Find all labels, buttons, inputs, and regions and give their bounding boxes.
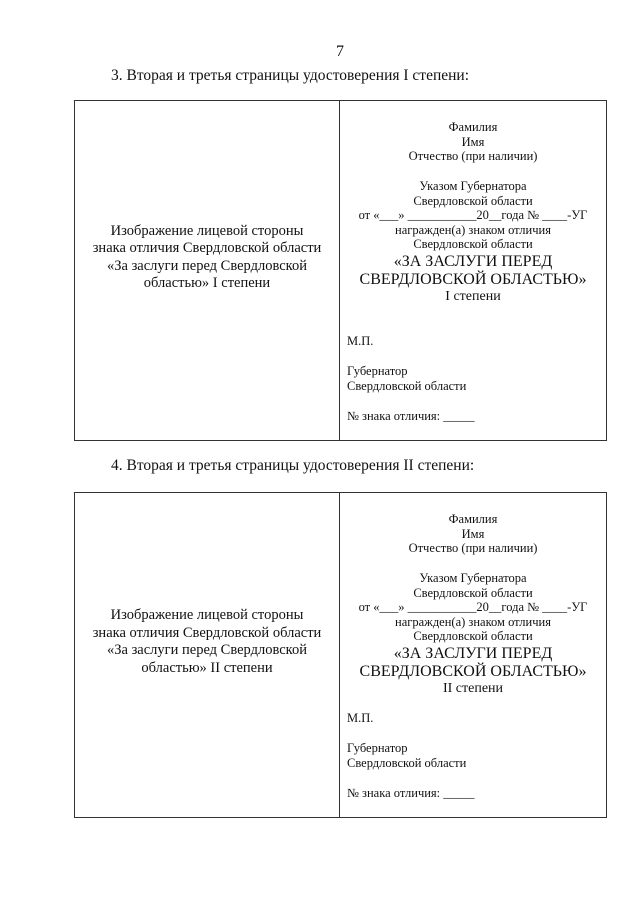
award-title-line: СВЕРДЛОВСКОЙ ОБЛАСТЬЮ» <box>340 663 606 681</box>
decree-line: Указом Губернатора <box>340 571 606 586</box>
caption-line: «За заслуги перед Свердловской <box>87 642 327 660</box>
section-heading-degree-2: 4. Вторая и третья страницы удостоверени… <box>111 457 474 475</box>
decree-line: Свердловской области <box>340 629 606 644</box>
decree-block: Указом Губернатора Свердловской области … <box>340 179 606 305</box>
caption-line: знака отличия Свердловской области <box>87 625 327 643</box>
badge-front-caption: Изображение лицевой стороны знака отличи… <box>87 223 327 293</box>
badge-front-image-placeholder: Изображение лицевой стороны знака отличи… <box>75 493 340 817</box>
award-title: «ЗА ЗАСЛУГИ ПЕРЕД СВЕРДЛОВСКОЙ ОБЛАСТЬЮ» <box>340 253 606 289</box>
certificate-pages-degree-1: Изображение лицевой стороны знака отличи… <box>74 100 607 441</box>
badge-number-field: № знака отличия: _____ <box>347 786 475 801</box>
decree-line: Свердловской области <box>340 194 606 209</box>
badge-number-field: № знака отличия: _____ <box>347 409 475 424</box>
caption-line: знака отличия Свердловской области <box>87 240 327 258</box>
decree-line: награжден(а) знаком отличия <box>340 223 606 238</box>
caption-line: областью» I степени <box>87 275 327 293</box>
seal-placeholder: М.П. <box>347 711 373 726</box>
governor-title: Губернатор <box>347 741 466 756</box>
governor-title: Губернатор <box>347 364 466 379</box>
award-title: «ЗА ЗАСЛУГИ ПЕРЕД СВЕРДЛОВСКОЙ ОБЛАСТЬЮ» <box>340 645 606 681</box>
surname-label: Фамилия <box>340 120 606 135</box>
decree-line: Свердловской области <box>340 237 606 252</box>
governor-region: Свердловской области <box>347 756 466 771</box>
governor-region: Свердловской области <box>347 379 466 394</box>
patronymic-label: Отчество (при наличии) <box>340 541 606 556</box>
award-degree: II степени <box>340 681 606 697</box>
award-title-line: «ЗА ЗАСЛУГИ ПЕРЕД <box>340 645 606 663</box>
decree-line: Указом Губернатора <box>340 179 606 194</box>
patronymic-label: Отчество (при наличии) <box>340 149 606 164</box>
first-name-label: Имя <box>340 135 606 150</box>
seal-placeholder: М.П. <box>347 334 373 349</box>
award-title-line: СВЕРДЛОВСКОЙ ОБЛАСТЬЮ» <box>340 271 606 289</box>
recipient-name-block: Фамилия Имя Отчество (при наличии) <box>340 120 606 164</box>
award-title-line: «ЗА ЗАСЛУГИ ПЕРЕД <box>340 253 606 271</box>
badge-front-image-placeholder: Изображение лицевой стороны знака отличи… <box>75 101 340 440</box>
certificate-text-page: Фамилия Имя Отчество (при наличии) Указо… <box>340 101 606 440</box>
recipient-name-block: Фамилия Имя Отчество (при наличии) <box>340 512 606 556</box>
decree-line: награжден(а) знаком отличия <box>340 615 606 630</box>
caption-line: областью» II степени <box>87 660 327 678</box>
decree-block: Указом Губернатора Свердловской области … <box>340 571 606 697</box>
caption-line: Изображение лицевой стороны <box>87 223 327 241</box>
governor-signature-block: Губернатор Свердловской области <box>347 741 466 771</box>
decree-line: Свердловской области <box>340 586 606 601</box>
caption-line: Изображение лицевой стороны <box>87 607 327 625</box>
governor-signature-block: Губернатор Свердловской области <box>347 364 466 394</box>
decree-date-number-line: от «___» ___________20__года № ____-УГ <box>340 600 606 615</box>
page-number: 7 <box>0 43 640 61</box>
badge-front-caption: Изображение лицевой стороны знака отличи… <box>87 607 327 677</box>
first-name-label: Имя <box>340 527 606 542</box>
caption-line: «За заслуги перед Свердловской <box>87 258 327 276</box>
section-heading-degree-1: 3. Вторая и третья страницы удостоверени… <box>111 67 469 85</box>
surname-label: Фамилия <box>340 512 606 527</box>
certificate-pages-degree-2: Изображение лицевой стороны знака отличи… <box>74 492 607 818</box>
certificate-text-page: Фамилия Имя Отчество (при наличии) Указо… <box>340 493 606 817</box>
decree-date-number-line: от «___» ___________20__года № ____-УГ <box>340 208 606 223</box>
award-degree: I степени <box>340 289 606 305</box>
